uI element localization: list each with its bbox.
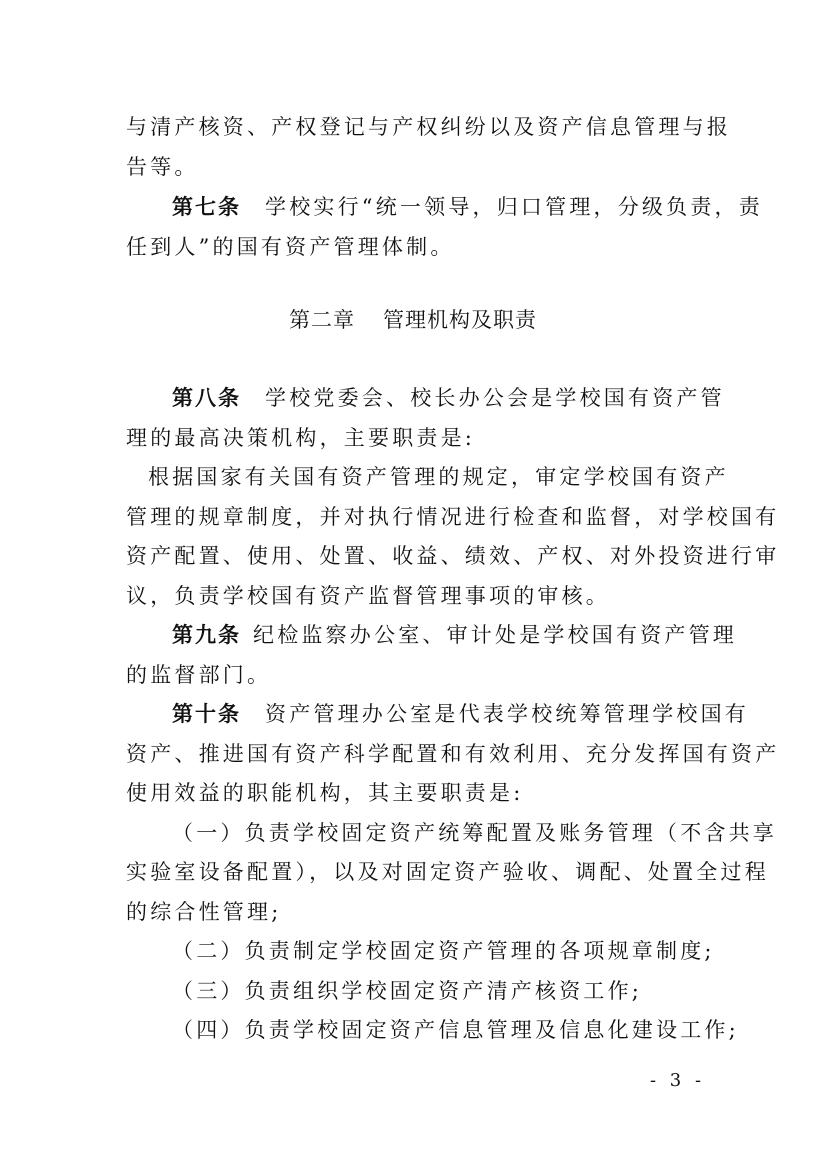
list-item: （四）负责学校固定资产信息管理及信息化建设工作; [172,1016,739,1044]
article-8-line: 资产配置、使用、处置、收益、绩效、产权、对外投资进行审 [126,542,779,570]
article-9-line: 第九条纪检监察办公室、审计处是学校国有资产管理 [172,621,737,649]
article-10-line: 第十条资产管理办公室是代表学校统筹管理学校国有 [172,700,749,728]
list-item: （二）负责制定学校固定资产管理的各项规章制度; [172,937,715,965]
article-7-line: 第七条学校实行“统一领导，归口管理，分级负责，责 [172,193,763,221]
article-8-line: 根据国家有关国有资产管理的规定，审定学校国有资产 [148,463,729,491]
article-10-text: 资产管理办公室是代表学校统筹管理学校国有 [265,702,749,726]
chapter-number: 第二章 [289,308,355,332]
article-7-label: 第七条 [172,195,241,219]
article-7-text: 学校实行“统一领导，归口管理，分级负责，责 [265,195,763,219]
list-item: 的综合性管理; [126,898,281,926]
chapter-title: 管理机构及职责 [383,308,537,332]
article-10-label: 第十条 [172,702,241,726]
article-8-label: 第八条 [172,386,241,410]
page-number: - 3 - [650,1070,705,1091]
article-8-line: 理的最高决策机构，主要职责是: [126,424,475,452]
body-text-line: 告等。 [126,153,199,181]
article-8-line: 管理的规章制度，并对执行情况进行检查和监督，对学校国有 [126,503,779,531]
article-8-text: 学校党委会、校长办公会是学校国有资产管 [265,386,725,410]
article-10-line: 资产、推进国有资产科学配置和有效利用、充分发挥国有资产 [126,740,779,768]
list-item: （三）负责组织学校固定资产清产核资工作; [172,977,642,1005]
article-8-line: 议，负责学校国有资产监督管理事项的审核。 [126,582,610,610]
list-item: （一）负责学校固定资产统筹配置及账务管理（不含共享 [172,819,777,847]
article-9-label: 第九条 [172,623,241,647]
article-10-line: 使用效益的职能机构，其主要职责是: [126,779,523,807]
list-item: 实验室设备配置），以及对固定资产验收、调配、处置全过程 [126,858,769,886]
article-9-text: 纪检监察办公室、审计处是学校国有资产管理 [253,623,737,647]
article-8-line: 第八条学校党委会、校长办公会是学校国有资产管 [172,384,725,412]
article-7-line: 任到人”的国有资产管理体制。 [126,233,455,261]
chapter-heading: 第二章管理机构及职责 [0,306,826,334]
article-9-line: 的监督部门。 [126,661,271,689]
body-text-line: 与清产核资、产权登记与产权纠纷以及资产信息管理与报 [126,113,731,141]
